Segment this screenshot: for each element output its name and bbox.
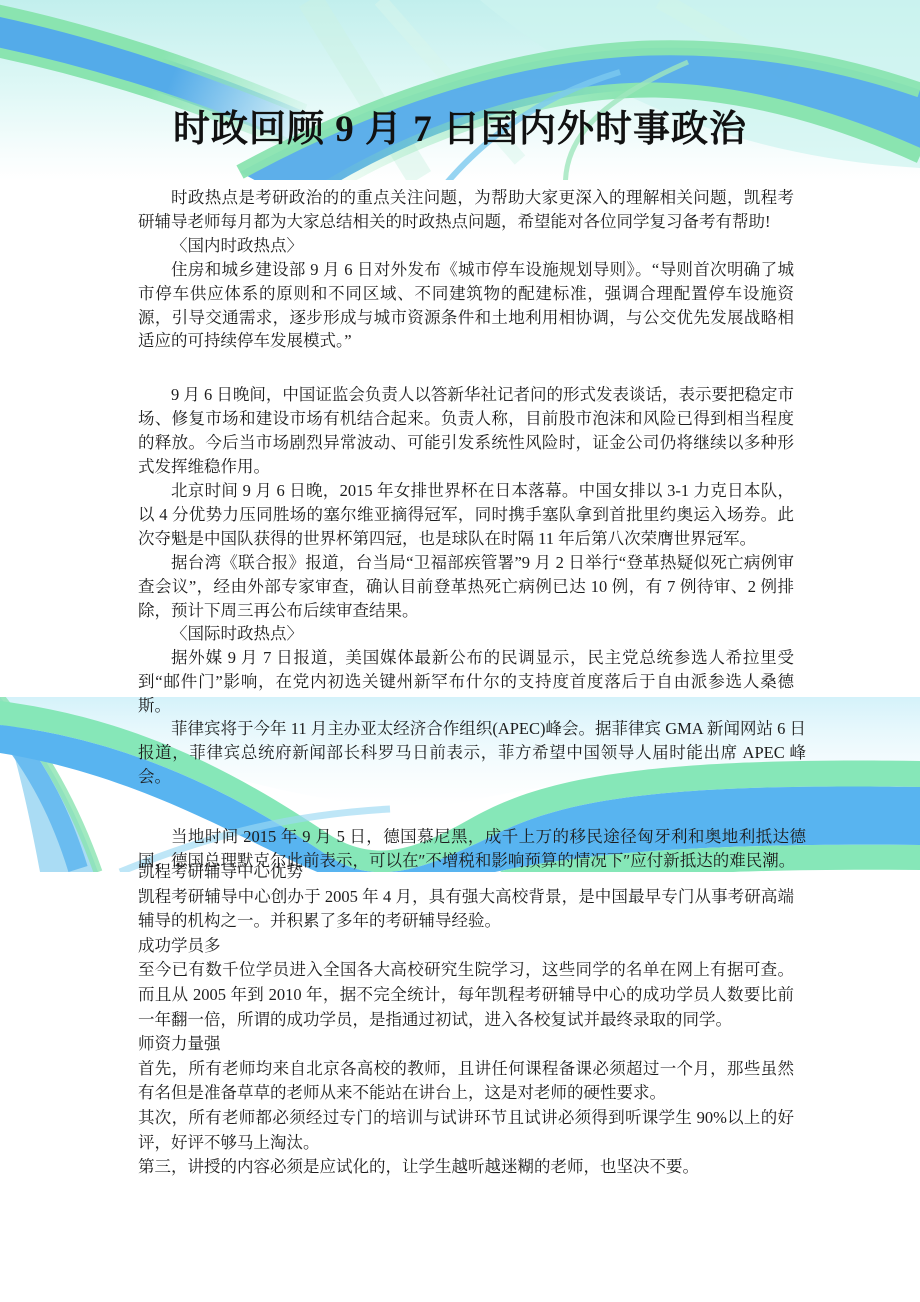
domestic-news-2: 9 月 6 日晚间，中国证监会负责人以答新华社记者问的形式发表谈话，表示要把稳定… [138,383,794,479]
promo-subheading-faculty: 师资力量强 [138,1032,794,1057]
promo-intro: 凯程考研辅导中心创办于 2005 年 4 月，具有强大高校背景，是中国最早专门从… [138,885,794,934]
band-text: 菲律宾将于今年 11 月主办亚太经济合作组织(APEC)峰会。据菲律宾 GMA … [138,717,806,873]
promo-faculty-2: 其次，所有老师都必须经过专门的培训与试讲环节且试讲必须得到听课学生 90%以上的… [138,1106,794,1155]
domestic-news-3: 北京时间 9 月 6 日晚，2015 年女排世界杯在日本落幕。中国女排以 3-1… [138,479,794,551]
band-news-apec: 菲律宾将于今年 11 月主办亚太经济合作组织(APEC)峰会。据菲律宾 GMA … [138,717,806,789]
international-news-1: 据外媒 9 月 7 日报道，美国媒体最新公布的民调显示，民主党总统参选人希拉里受… [138,646,794,718]
promo-subheading-students: 成功学员多 [138,934,794,959]
promo-students-text: 至今已有数千位学员进入全国各大高校研究生院学习，这些同学的名单在网上有据可查。而… [138,958,794,1032]
domestic-news-1: 住房和城乡建设部 9 月 6 日对外发布《城市停车设施规划导则》。“导则首次明确… [138,258,794,354]
promo-section: 凯程考研辅导中心优势 凯程考研辅导中心创办于 2005 年 4 月，具有强大高校… [138,860,794,1180]
article-body: 时政热点是考研政治的的重点关注问题，为帮助大家更深入的理解相关问题，凯程考研辅导… [138,186,794,718]
header-wave-banner: 时政回顾 9 月 7 日国内外时事政治 [0,0,920,180]
intro-paragraph: 时政热点是考研政治的的重点关注问题，为帮助大家更深入的理解相关问题，凯程考研辅导… [138,186,794,234]
domestic-news-4: 据台湾《联合报》报道，台当局“卫福部疾管署”9 月 2 日举行“登革热疑似死亡病… [138,551,794,623]
promo-faculty-1: 首先，所有老师均来自北京各高校的教师，且讲任何课程备课必须超过一个月，那些虽然有… [138,1057,794,1106]
promo-heading: 凯程考研辅导中心优势 [138,860,794,885]
domestic-heading: 〈国内时政热点〉 [138,234,794,258]
promo-faculty-3: 第三，讲授的内容必须是应试化的，让学生越听越迷糊的老师，也坚决不要。 [138,1155,794,1180]
mid-wave-band: 菲律宾将于今年 11 月主办亚太经济合作组织(APEC)峰会。据菲律宾 GMA … [0,697,920,872]
document-page: 时政回顾 9 月 7 日国内外时事政治 时政热点是考研政治的的重点关注问题，为帮… [0,0,920,1302]
wave-graphic-top-icon [0,0,920,180]
international-heading: 〈国际时政热点〉 [138,622,794,646]
page-title: 时政回顾 9 月 7 日国内外时事政治 [0,98,920,152]
